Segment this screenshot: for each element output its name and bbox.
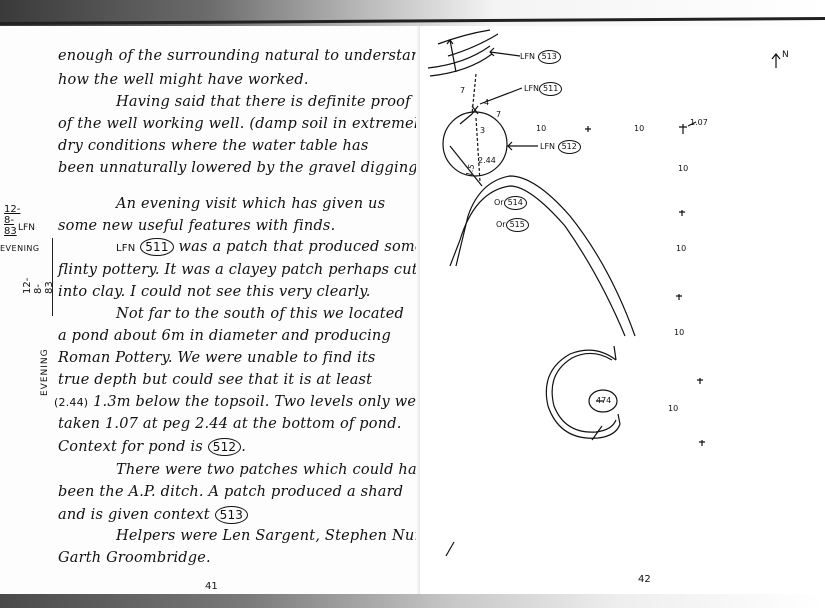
dimension-label: 7	[460, 86, 465, 95]
label-or-514: Or514	[494, 196, 527, 210]
text-line: into clay. I could not see this very cle…	[58, 284, 371, 300]
margin-session: EVENING	[0, 244, 40, 253]
grid-distance: 10	[676, 244, 686, 253]
text-fragment: 1.3m below the topsoil. Two levels only …	[93, 394, 432, 410]
feature-474-label: 474	[596, 396, 611, 405]
label-lfn-511: LFN511	[524, 82, 562, 96]
dimension-label: 3	[480, 126, 485, 135]
text-line: There were two patches which could have	[58, 462, 434, 478]
grid-distance: 10	[536, 124, 546, 133]
site-sketch	[420, 26, 825, 594]
context-515-marker: 515	[506, 218, 529, 232]
label-or-515: Or515	[496, 218, 529, 232]
text-line: flinty pottery. It was a clayey patch pe…	[58, 262, 418, 278]
north-label: N	[782, 50, 789, 60]
text-line: some new useful features with finds.	[58, 218, 335, 234]
label-prefix: Or	[496, 220, 506, 229]
margin-vertical-session: EVENING	[40, 348, 50, 396]
text-line: Not far to the south of this we located	[58, 306, 404, 322]
page-number-left: 41	[205, 581, 218, 592]
ring-ditch-outer	[546, 350, 620, 438]
text-line: Having said that there is definite proof	[58, 94, 411, 110]
grid-peg	[585, 126, 591, 132]
label-lfn-512: LFN 512	[540, 140, 581, 154]
text-line: true depth but could see that it is at l…	[58, 372, 372, 388]
label-prefix: Or	[494, 198, 504, 207]
context-512-circle: 512	[208, 438, 242, 456]
text-line: and is given context 513	[58, 506, 248, 524]
ditch-line-lower2	[430, 54, 492, 76]
text-line: Context for pond is 512.	[58, 438, 246, 456]
text-fragment: Context for pond is	[58, 439, 203, 455]
text-line: been the A.P. ditch. A patch produced a …	[58, 484, 403, 500]
grid-peg	[699, 440, 705, 446]
context-514-marker: 514	[504, 196, 527, 210]
notebook-page-right: LFN 513 LFN511 LFN 512 Or514 Or515 2.44 …	[420, 26, 825, 594]
dimension-label: 7	[496, 110, 501, 119]
context-513-circle: 513	[215, 506, 249, 524]
text-line: Roman Pottery. We were unable to find it…	[58, 350, 376, 366]
ring-ditch-inner	[552, 353, 616, 432]
grid-peg	[697, 378, 703, 384]
margin-vertical-date: 12-8-83	[22, 278, 55, 294]
context-513-marker: 513	[538, 50, 561, 64]
site-code: LFN	[116, 243, 135, 254]
grid-peg	[679, 210, 685, 216]
page-number-right: 42	[638, 574, 651, 585]
dimension-label: 4	[484, 98, 489, 107]
label-lfn-513: LFN 513	[520, 50, 561, 64]
scan-bottom-shadow	[0, 594, 825, 608]
peg-level-label: 1.07	[690, 118, 708, 127]
text-line: of the well working well. (damp soil in …	[58, 116, 427, 132]
grid-distance: 10	[678, 164, 688, 173]
grid-peg	[679, 124, 687, 134]
context-511-circle: 511	[140, 238, 174, 256]
label-prefix: LFN	[520, 52, 535, 61]
text-line: Helpers were Len Sargent, Stephen Nunn,	[58, 528, 438, 544]
margin-site: LFN	[18, 223, 35, 233]
context-511-marker: 511	[539, 82, 562, 96]
notebook-page-left: 12-8-83 LFN EVENING 12-8-83 EVENING enou…	[0, 26, 420, 594]
grid-distance: 10	[668, 404, 678, 413]
text-line: (2.44) 1.3m below the topsoil. Two level…	[54, 394, 432, 410]
grid-distance: 10	[674, 328, 684, 337]
text-line: Garth Groombridge.	[58, 550, 211, 566]
label-prefix: LFN	[524, 84, 539, 93]
context-512-marker: 512	[558, 140, 581, 154]
label-prefix: LFN	[540, 142, 555, 151]
text-line: enough of the surrounding natural to und…	[58, 48, 430, 64]
depth-note: (2.44)	[54, 396, 88, 409]
text-line: been unnaturally lowered by the gravel d…	[58, 160, 424, 176]
text-line: taken 1.07 at peg 2.44 at the bottom of …	[58, 416, 402, 432]
text-fragment: and is given context	[58, 507, 210, 523]
text-line: dry conditions where the water table has	[58, 138, 369, 154]
text-line: LFN 511 was a patch that produced some	[58, 238, 424, 256]
margin-bracket	[52, 238, 53, 316]
ditch-line-lower	[428, 46, 490, 68]
text-line: how the well might have worked.	[58, 72, 309, 88]
pond-depth-label: 2.44	[478, 156, 496, 165]
text-line: a pond about 6m in diameter and producin…	[58, 328, 391, 344]
grid-peg	[676, 294, 682, 300]
text-line: An evening visit which has given us	[58, 196, 385, 212]
ditch-line-upper	[438, 30, 490, 44]
grid-distance: 10	[634, 124, 644, 133]
text-fragment: was a patch that produced some	[179, 239, 424, 255]
